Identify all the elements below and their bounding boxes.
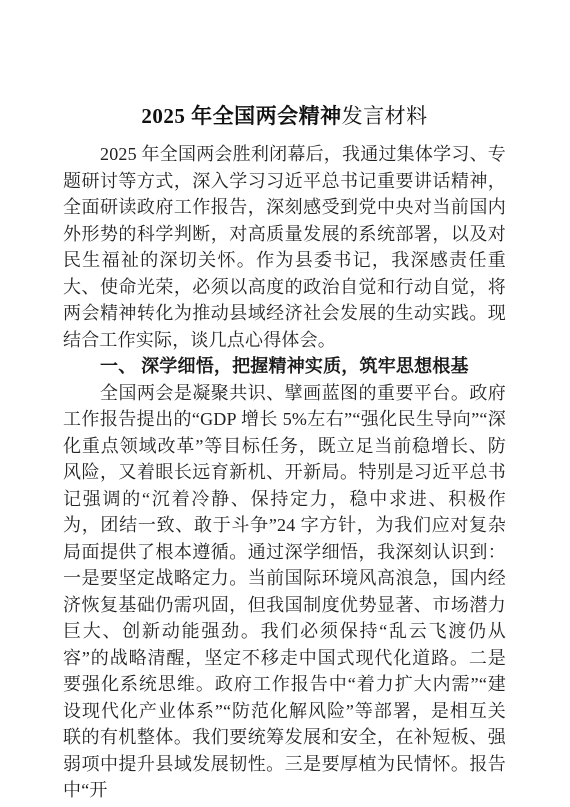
paragraph-section-1: 全国两会是凝聚共识、擘画蓝图的重要平台。政府工作报告提出的“GDP 增长 5%左… [63, 380, 506, 804]
document-title: 2025 年全国两会精神发言材料 [63, 101, 506, 132]
document-title-main: 2025 年全国两会精神 [141, 104, 341, 128]
document-page: 2025 年全国两会精神发言材料 2025 年全国两会胜利闭幕后，我通过集体学习… [0, 0, 570, 807]
document-content: 2025 年全国两会精神发言材料 2025 年全国两会胜利闭幕后，我通过集体学习… [63, 101, 506, 804]
section-heading-1: 一、 深学细悟，把握精神实质，筑牢思想根基 [63, 353, 506, 380]
paragraph-intro: 2025 年全国两会胜利闭幕后，我通过集体学习、专题研讨等方式，深入学习习近平总… [63, 141, 506, 353]
document-title-suffix: 发言材料 [342, 104, 428, 128]
